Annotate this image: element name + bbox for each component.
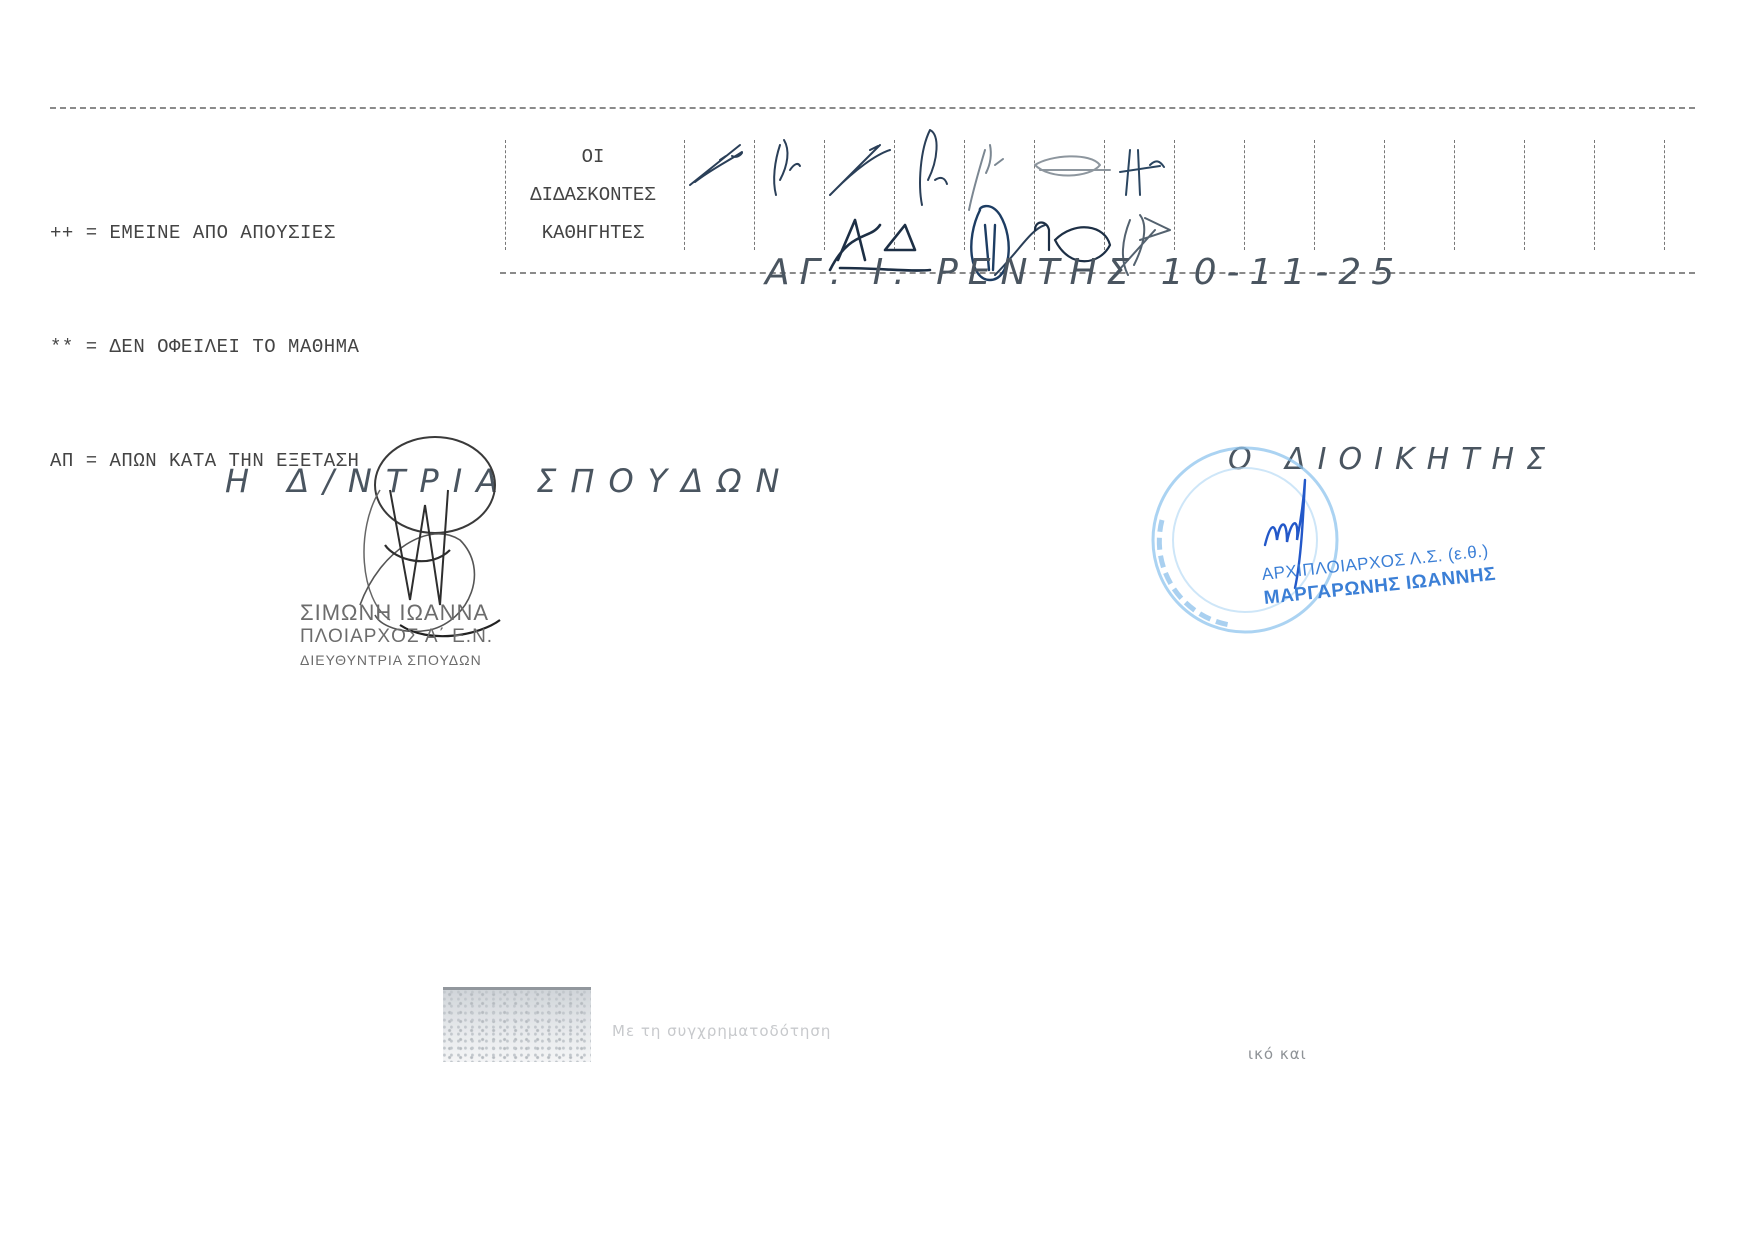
director-of-studies-stamp-name: ΣΙΜΩΝΗ ΙΩΑΝΝΑ — [300, 600, 489, 626]
teachers-header-line: ΚΑΘΗΓΗΤΕΣ — [503, 214, 683, 252]
teachers-header-line: ΔΙΔΑΣΚΟΝΤΕΣ — [503, 176, 683, 214]
signature-column-separator — [1244, 140, 1245, 250]
verification-note: ΑΓ. Ι. ΡΕΝΤΗΣ 10-11-25 — [765, 252, 1404, 293]
director-of-studies-stamp-rank: ΠΛΟΙΑΡΧΟΣ Α΄ Ε.Ν. — [300, 626, 493, 648]
teachers-header-line: ΟΙ — [503, 138, 683, 176]
funding-text-line1: Με τη συγχρηματοδότηση — [612, 1022, 831, 1040]
signature-column-separator — [1454, 140, 1455, 250]
signature-column-separator — [1664, 140, 1665, 250]
legend-absences: ++ = ΕΜΕΙΝΕ ΑΠΟ ΑΠΟΥΣΙΕΣ — [50, 214, 359, 252]
funding-text-line2: ικό και — [1248, 1045, 1307, 1063]
teachers-header: ΟΙ ΔΙΔΑΣΚΟΝΤΕΣ ΚΑΘΗΓΗΤΕΣ — [503, 138, 683, 252]
legend-not-owed: ** = ΔΕΝ ΟΦΕΙΛΕΙ ΤΟ ΜΑΘΗΜΑ — [50, 328, 359, 366]
signature-column-separator — [1524, 140, 1525, 250]
signature-column-separator — [1594, 140, 1595, 250]
director-of-studies-stamp-role: ΔΙΕΥΘΥΝΤΡΙΑ ΣΠΟΥΔΩΝ — [300, 652, 482, 668]
funding-logo-icon — [443, 987, 591, 1062]
signature-column-separator — [1384, 140, 1385, 250]
signature-column-separator — [1314, 140, 1315, 250]
